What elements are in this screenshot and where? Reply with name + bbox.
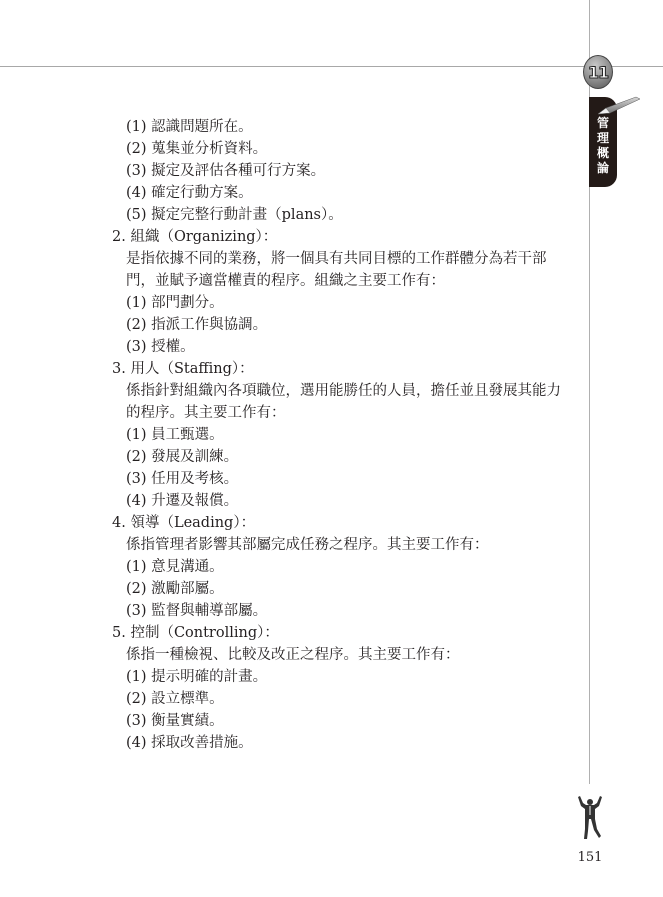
paragraph-line: 係指管理者影響其部屬完成任務之程序。其主要工作有：	[112, 534, 582, 556]
paragraph-line: 門，並賦予適當權責的程序。組織之主要工作有：	[112, 270, 582, 292]
list-item: (3) 監督與輔導部屬。	[112, 600, 582, 622]
list-item: (1) 提示明確的計畫。	[112, 666, 582, 688]
list-item: (2) 發展及訓練。	[112, 446, 582, 468]
section-heading: 4. 領導（Leading）：	[112, 512, 582, 534]
list-item: (4) 採取改善措施。	[112, 732, 582, 754]
section-tab-char: 管	[597, 116, 609, 131]
section-tab-char: 概	[597, 146, 609, 161]
list-item: (3) 授權。	[112, 336, 582, 358]
list-item: (1) 意見溝通。	[112, 556, 582, 578]
list-item: (2) 指派工作與協調。	[112, 314, 582, 336]
document-body: (1) 認識問題所在。 (2) 蒐集並分析資料。 (3) 擬定及評估各種可行方案…	[112, 116, 582, 754]
paragraph-line: 是指依據不同的業務，將一個具有共同目標的工作群體分為若干部	[112, 248, 582, 270]
header-rule	[0, 66, 663, 67]
dancing-figure-icon	[575, 795, 605, 841]
section-heading: 5. 控制（Controlling）：	[112, 622, 582, 644]
list-item: (3) 擬定及評估各種可行方案。	[112, 160, 582, 182]
page-number: 151	[575, 850, 605, 865]
list-item: (3) 任用及考核。	[112, 468, 582, 490]
section-heading: 2. 組織（Organizing）：	[112, 226, 582, 248]
margin-rule	[589, 187, 590, 784]
list-item: (3) 衡量實績。	[112, 710, 582, 732]
list-item: (2) 設立標準。	[112, 688, 582, 710]
chapter-number-badge: 11	[583, 55, 613, 89]
paragraph-line: 的程序。其主要工作有：	[112, 402, 582, 424]
list-item: (5) 擬定完整行動計畫（plans）。	[112, 204, 582, 226]
list-item: (1) 員工甄選。	[112, 424, 582, 446]
list-item: (1) 部門劃分。	[112, 292, 582, 314]
list-item: (4) 升遷及報償。	[112, 490, 582, 512]
list-item: (4) 確定行動方案。	[112, 182, 582, 204]
list-item: (1) 認識問題所在。	[112, 116, 582, 138]
section-heading: 3. 用人（Staffing）：	[112, 358, 582, 380]
pen-icon	[596, 96, 642, 116]
paragraph-line: 係指針對組織內各項職位，選用能勝任的人員，擔任並且發展其能力	[112, 380, 582, 402]
paragraph-line: 係指一種檢視、比較及改正之程序。其主要工作有：	[112, 644, 582, 666]
section-tab-char: 理	[597, 131, 609, 146]
list-item: (2) 蒐集並分析資料。	[112, 138, 582, 160]
section-tab-char: 論	[597, 161, 609, 176]
list-item: (2) 激勵部屬。	[112, 578, 582, 600]
